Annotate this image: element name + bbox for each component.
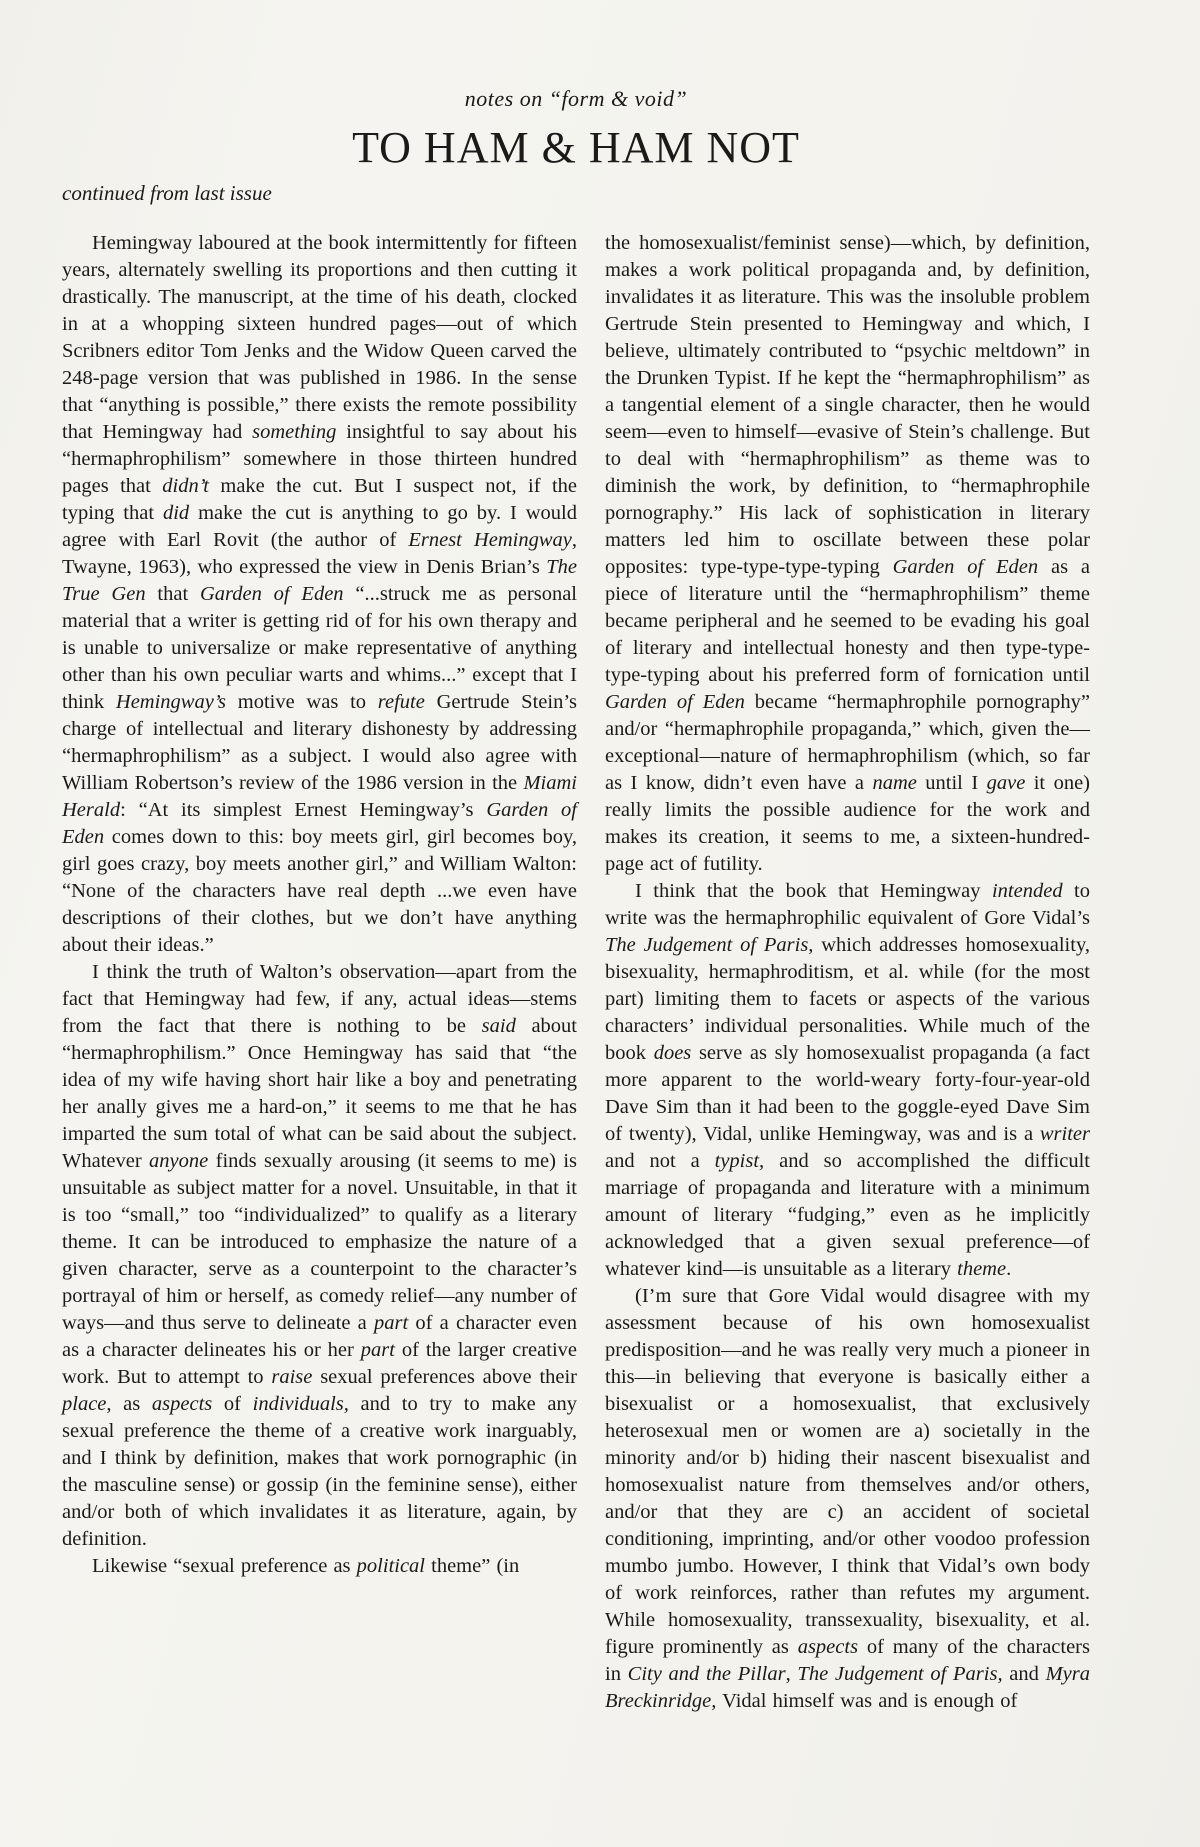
left-column: continued from last issue Hemingway labo… xyxy=(62,180,577,1580)
page-content: notes on “form & void” TO HAM & HAM NOT … xyxy=(62,86,1090,1715)
paragraph: the homosexualist/feminist sense)—which,… xyxy=(605,230,1090,878)
paragraph: (I’m sure that Gore Vidal would disagree… xyxy=(605,1283,1090,1715)
continued-note: continued from last issue xyxy=(62,180,577,207)
paragraph: I think that the book that Hemingway int… xyxy=(605,878,1090,1283)
page-title: TO HAM & HAM NOT xyxy=(62,124,1090,172)
scanned-essay-page: notes on “form & void” TO HAM & HAM NOT … xyxy=(0,0,1200,1847)
paragraph: Likewise “sexual preference as political… xyxy=(62,1553,577,1580)
two-column-text: continued from last issue Hemingway labo… xyxy=(62,180,1090,1715)
paragraph: I think the truth of Walton’s observatio… xyxy=(62,959,577,1553)
right-column: the homosexualist/feminist sense)—which,… xyxy=(605,180,1090,1715)
series-note: notes on “form & void” xyxy=(62,86,1090,112)
paragraph: Hemingway laboured at the book intermitt… xyxy=(62,230,577,959)
